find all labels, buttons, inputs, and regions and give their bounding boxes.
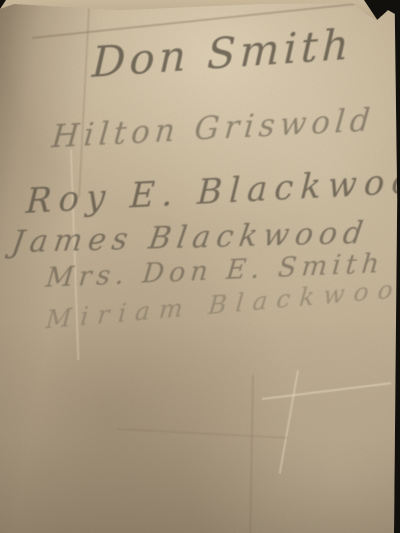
- signature-roy-e-blackwood: Roy E. Blackwood: [25, 162, 400, 222]
- paper-crease: [118, 428, 288, 439]
- signature-don-smith: Don Smith: [91, 22, 353, 87]
- paper-crease: [279, 370, 299, 474]
- aged-paper-page: Don Smith Hilton Griswold Roy E. Blackwo…: [0, 0, 400, 533]
- paper-crease: [262, 382, 391, 400]
- paper-crease: [249, 375, 254, 533]
- signature-hilton-griswold: Hilton Griswold: [50, 103, 376, 154]
- paper-crease: [78, 8, 90, 198]
- autograph-page-photo: Don Smith Hilton Griswold Roy E. Blackwo…: [0, 0, 400, 533]
